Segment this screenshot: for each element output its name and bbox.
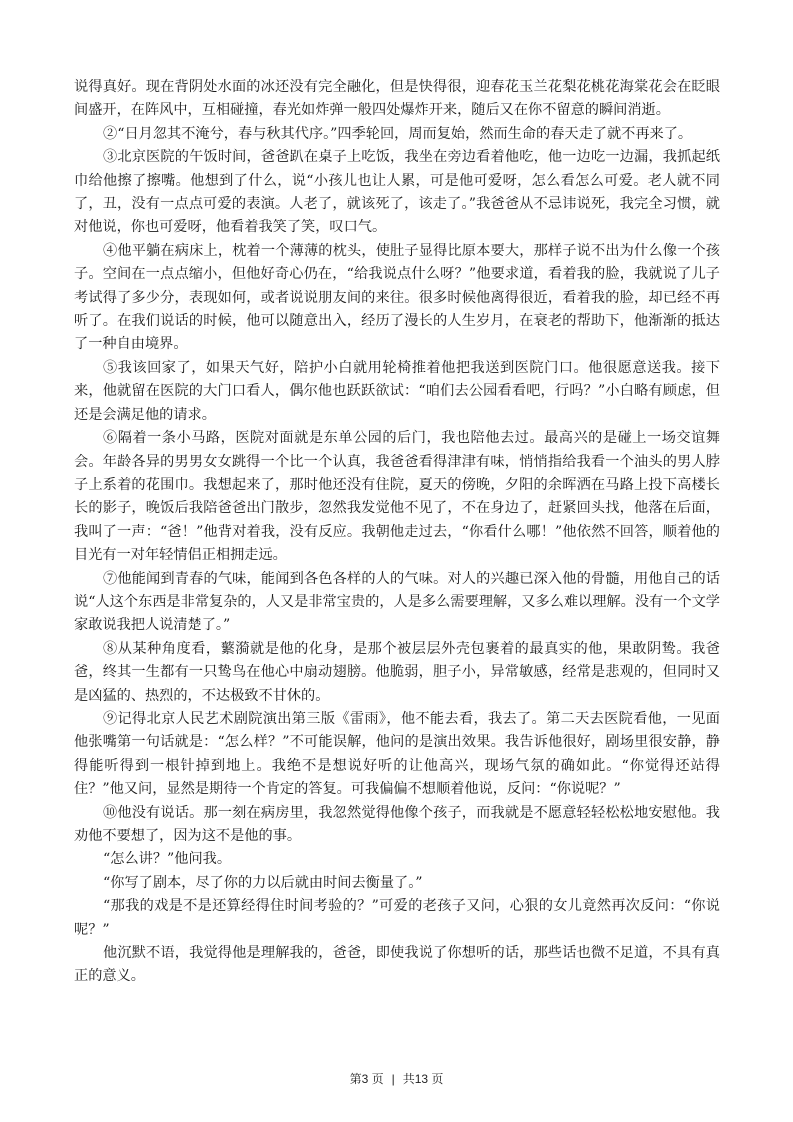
paragraph-10: ⑩他没有说话。那一刻在病房里，我忽然觉得他像个孩子，而我就是不愿意轻轻松松地安慰… <box>74 802 720 849</box>
dialogue-line-1: “怎么讲？”他问我。 <box>74 848 720 871</box>
dialogue-line-3: “那我的戏是不是还算经得住时间考验的？”可爱的老孩子又问，心狠的女儿竟然再次反问… <box>74 895 720 942</box>
paragraph-6: ⑥隔着一条小马路，医院对面就是东单公园的后门，我也陪他去过。最高兴的是碰上一场交… <box>74 427 720 567</box>
paragraph-2: ②“日月忽其不淹兮，春与秋其代序。”四季轮回，周而复始，然而生命的春天走了就不再… <box>74 123 720 146</box>
document-body: 说得真好。现在背阴处水面的冰还没有完全融化，但是快得很，迎春花玉兰花梨花桃花海棠… <box>74 76 720 989</box>
paragraph-7: ⑦他能闻到青春的气味，能闻到各色各样的人的气味。对人的兴趣已深入他的骨髓，用他自… <box>74 568 720 638</box>
footer-separator: | <box>392 1072 395 1086</box>
dialogue-line-2: “你写了剧本，尽了你的力以后就由时间去衡量了。” <box>74 872 720 895</box>
paragraph-3: ③北京医院的午饭时间，爸爸趴在桌子上吃饭，我坐在旁边看着他吃，他一边吃一边漏，我… <box>74 146 720 240</box>
paragraph-9: ⑨记得北京人民艺术剧院演出第三版《雷雨》，他不能去看，我去了。第二天去医院看他，… <box>74 708 720 802</box>
document-page: 说得真好。现在背阴处水面的冰还没有完全融化，但是快得很，迎春花玉兰花梨花桃花海棠… <box>0 0 793 1122</box>
page-footer: 第3 页|共13 页 <box>0 1070 793 1087</box>
paragraph-8: ⑧从某种角度看，蘩漪就是他的化身，是那个被层层外壳包裹着的最真实的他，果敢阴鸷。… <box>74 638 720 708</box>
total-pages-label: 共13 页 <box>403 1072 444 1086</box>
closing-paragraph: 他沉默不语，我觉得他是理解我的，爸爸，即使我说了你想听的话，那些话也微不足道，不… <box>74 942 720 989</box>
paragraph-continuation: 说得真好。现在背阴处水面的冰还没有完全融化，但是快得很，迎春花玉兰花梨花桃花海棠… <box>74 76 720 123</box>
current-page-label: 第3 页 <box>350 1072 384 1086</box>
paragraph-4: ④他平躺在病床上，枕着一个薄薄的枕头，使肚子显得比原本要大，那样子说不出为什么像… <box>74 240 720 357</box>
paragraph-5: ⑤我该回家了，如果天气好，陪护小白就用轮椅推着他把我送到医院门口。他很愿意送我。… <box>74 357 720 427</box>
